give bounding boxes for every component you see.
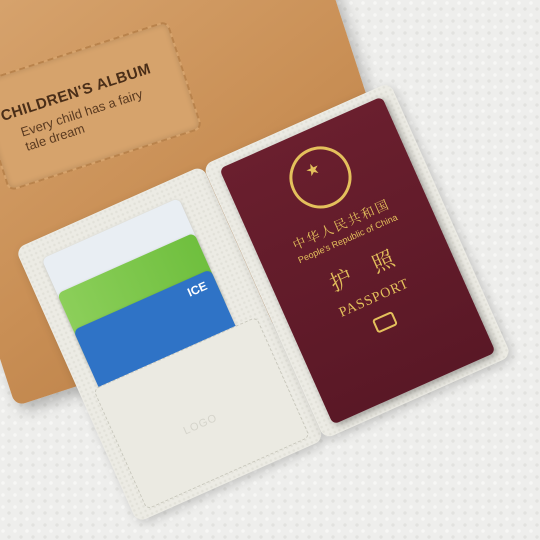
national-emblem-icon: ★ [280,137,362,219]
album-label-patch: CHILDREN'S ALBUM Every child has a fairy… [0,20,203,191]
photo-scene: CHILDREN'S ALBUM Every child has a fairy… [0,0,540,540]
star-icon: ★ [302,158,323,182]
card-3-label: ICE [185,279,209,300]
biometric-chip-icon [372,311,398,334]
